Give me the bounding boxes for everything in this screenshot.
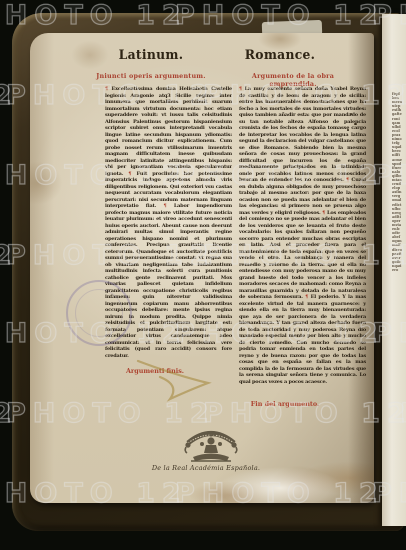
romance-column-header: Romance. <box>228 48 333 63</box>
page-speck <box>350 113 352 115</box>
next-page-edge-text: ſtqdboamernuſcpexilhgafteroniqamuſbdecol… <box>392 92 402 492</box>
capitulum-mark: ¶ <box>128 171 131 177</box>
library-ink-stamp-circle <box>66 280 132 346</box>
romance-column-footer: Fin del argumento. <box>220 400 350 408</box>
latin-column-subtitle: Jniuncti operis argumentum. <box>86 72 216 80</box>
page-speck <box>354 123 357 125</box>
page-speck <box>347 129 349 131</box>
capitulum-mark: ¶ <box>322 210 325 216</box>
capitulum-mark: ¶ <box>346 177 349 183</box>
ink-smudge-mark <box>100 355 230 403</box>
capitulum-mark: ¶ <box>305 294 308 300</box>
book-page: Latinum. Romance. Jniuncti operis argume… <box>30 33 374 503</box>
capitulum-mark: ¶ <box>105 86 108 92</box>
latin-column-header: Latinum. <box>99 48 204 63</box>
capitulum-mark: ¶ <box>239 86 242 92</box>
academy-emblem-device <box>180 426 242 464</box>
academy-stamp-caption: De la Real Académia Española. <box>142 464 270 472</box>
next-page-edge: ſtqdboamernuſcpexilhgafteroniqamuſbdecol… <box>382 14 406 526</box>
capitulum-mark: ¶ <box>164 203 167 209</box>
photo-of-incunabulum-page: ſtqdboamernuſcpexilhgafteroniqamuſbdecol… <box>0 0 406 550</box>
romance-column-text: ¶ La muy excelente señora doña Ysabel Re… <box>239 86 366 397</box>
